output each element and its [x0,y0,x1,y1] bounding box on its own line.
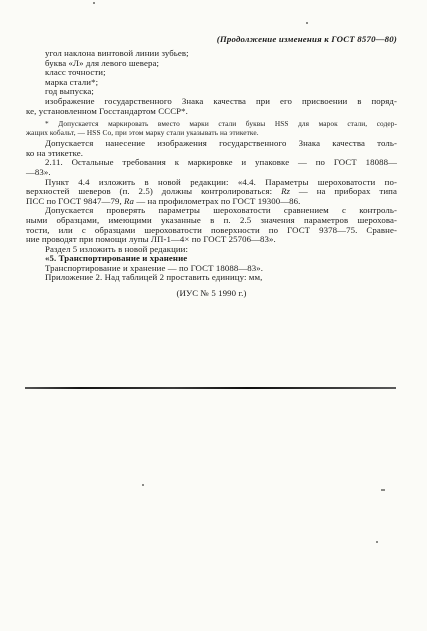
separator-line [25,387,396,389]
text-line: жащих кобальт, — HSS Co, при этом марку … [26,128,397,137]
scan-speck [93,2,95,4]
text-line: Приложение 2. Над таблицей 2 проставить … [26,273,397,283]
text-segment: ПСС по ГОСТ 9847—79, [26,196,124,206]
scan-speck [142,484,144,486]
text-segment: — на профилометрах по ГОСТ 19300—86. [134,196,300,206]
text-segment: — на приборах типа [290,186,397,196]
italic-term: Ra [124,196,134,206]
text-line: ке, установленном Госстандартом СССР*. [26,107,397,117]
scan-speck [306,22,308,24]
text-block: (Продолжение изменения к ГОСТ 8570—80) у… [26,33,397,299]
italic-term: Rz [281,186,290,196]
document-page: (Продолжение изменения к ГОСТ 8570—80) у… [0,0,427,631]
text-line: (ИУС № 5 1990 г.) [26,289,397,299]
page-header: (Продолжение изменения к ГОСТ 8570—80) [26,33,397,45]
body-text: угол наклона винтовой линии зубьев;буква… [26,49,397,299]
text-segment: верхностей шеверов (п. 2.5) должны контр… [26,186,281,196]
scan-speck [381,489,385,491]
text-line: 2.11. Остальные требования к маркировке … [26,158,397,168]
scan-speck [376,541,378,543]
text-line: * Допускается маркировать вместо марки с… [26,119,397,128]
